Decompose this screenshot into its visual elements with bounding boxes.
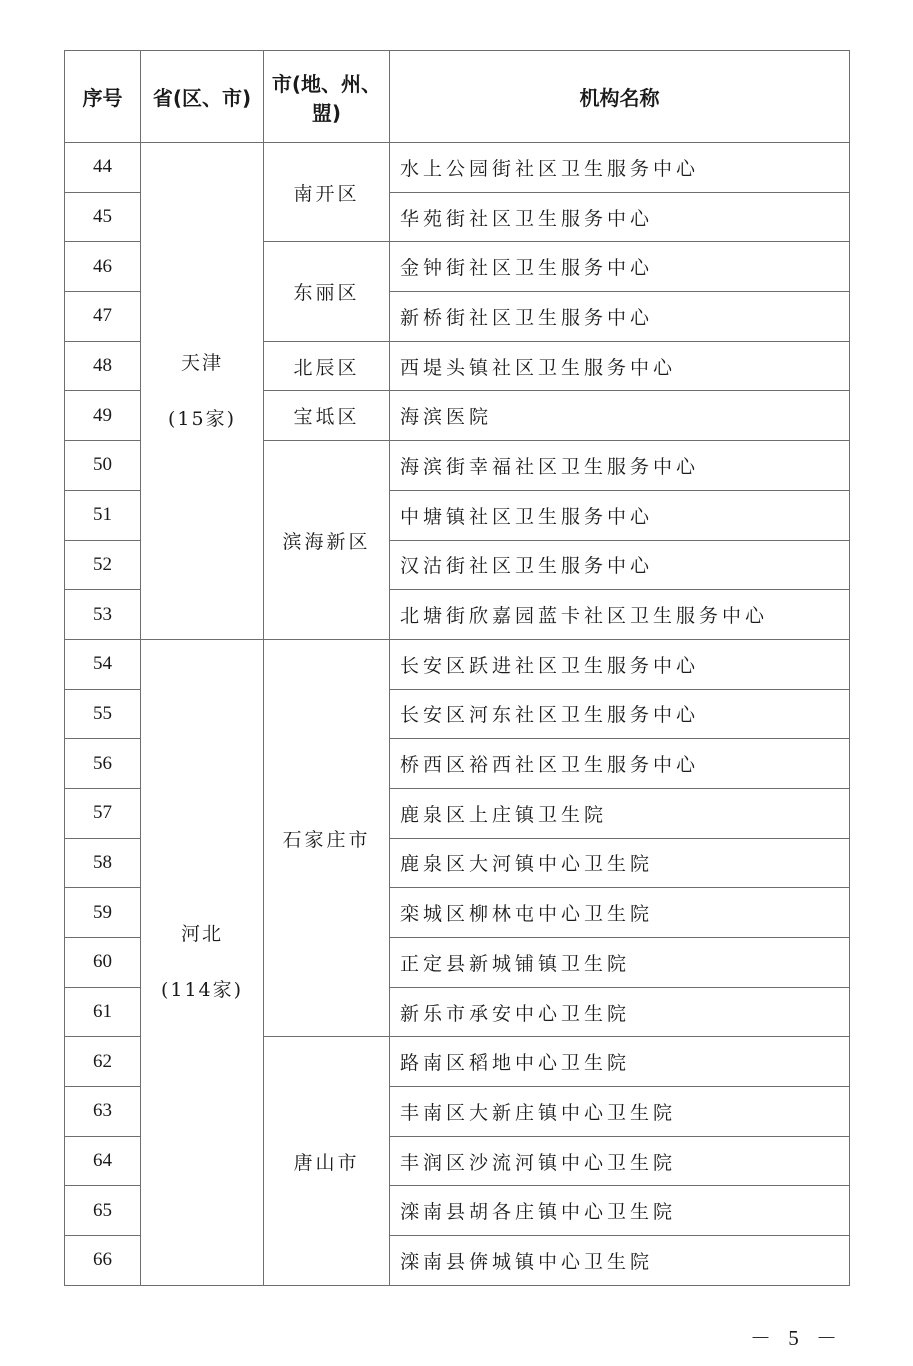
institution-name: 丰南区大新庄镇中心卫生院 (390, 1087, 850, 1137)
institution-name: 长安区跃进社区卫生服务中心 (390, 639, 850, 689)
institution-name: 华苑街社区卫生服务中心 (390, 192, 850, 242)
row-number: 54 (65, 639, 141, 689)
row-number: 66 (65, 1236, 141, 1286)
province-name: 天津 (141, 335, 263, 391)
row-number: 65 (65, 1186, 141, 1236)
province-cell: 天津 (15家) (141, 143, 264, 640)
row-number: 57 (65, 788, 141, 838)
page-number: － 5 － (750, 1322, 843, 1352)
institution-name: 滦南县胡各庄镇中心卫生院 (390, 1186, 850, 1236)
institution-name: 正定县新城铺镇卫生院 (390, 938, 850, 988)
row-number: 61 (65, 987, 141, 1037)
row-number: 49 (65, 391, 141, 441)
city-cell: 南开区 (264, 143, 390, 242)
table-row: 54 河北 (114家) 石家庄市 长安区跃进社区卫生服务中心 (65, 639, 850, 689)
city-cell: 北辰区 (264, 341, 390, 391)
institution-name: 海滨街幸福社区卫生服务中心 (390, 441, 850, 491)
province-count: (114家) (141, 962, 263, 1018)
institution-name: 鹿泉区上庄镇卫生院 (390, 788, 850, 838)
city-cell: 唐山市 (264, 1037, 390, 1285)
table-header-row: 序号 省(区、市) 市(地、州、盟) 机构名称 (65, 51, 850, 143)
institution-name: 汉沽街社区卫生服务中心 (390, 540, 850, 590)
institution-name: 水上公园街社区卫生服务中心 (390, 143, 850, 193)
province-name: 河北 (141, 906, 263, 962)
row-number: 47 (65, 292, 141, 342)
institution-name: 鹿泉区大河镇中心卫生院 (390, 838, 850, 888)
row-number: 62 (65, 1037, 141, 1087)
row-number: 53 (65, 590, 141, 640)
row-number: 55 (65, 689, 141, 739)
row-number: 45 (65, 192, 141, 242)
city-cell: 滨海新区 (264, 441, 390, 640)
row-number: 58 (65, 838, 141, 888)
row-number: 64 (65, 1136, 141, 1186)
header-no: 序号 (65, 51, 141, 143)
city-cell: 东丽区 (264, 242, 390, 341)
institution-name: 滦南县倴城镇中心卫生院 (390, 1236, 850, 1286)
row-number: 50 (65, 441, 141, 491)
header-city: 市(地、州、盟) (264, 51, 390, 143)
province-cell: 河北 (114家) (141, 639, 264, 1285)
row-number: 48 (65, 341, 141, 391)
institution-name: 丰润区沙流河镇中心卫生院 (390, 1136, 850, 1186)
province-count: (15家) (141, 391, 263, 447)
row-number: 60 (65, 938, 141, 988)
institution-name: 海滨医院 (390, 391, 850, 441)
row-number: 52 (65, 540, 141, 590)
institution-name: 桥西区裕西社区卫生服务中心 (390, 739, 850, 789)
row-number: 59 (65, 888, 141, 938)
institution-name: 西堤头镇社区卫生服务中心 (390, 341, 850, 391)
institution-name: 新桥街社区卫生服务中心 (390, 292, 850, 342)
institution-name: 栾城区柳林屯中心卫生院 (390, 888, 850, 938)
institution-name: 新乐市承安中心卫生院 (390, 987, 850, 1037)
institution-name: 金钟街社区卫生服务中心 (390, 242, 850, 292)
city-cell: 宝坻区 (264, 391, 390, 441)
header-institution: 机构名称 (390, 51, 850, 143)
header-province: 省(区、市) (141, 51, 264, 143)
institution-name: 北塘街欣嘉园蓝卡社区卫生服务中心 (390, 590, 850, 640)
institution-name: 长安区河东社区卫生服务中心 (390, 689, 850, 739)
institution-name: 中塘镇社区卫生服务中心 (390, 490, 850, 540)
row-number: 51 (65, 490, 141, 540)
row-number: 44 (65, 143, 141, 193)
institution-name: 路南区稻地中心卫生院 (390, 1037, 850, 1087)
city-cell: 石家庄市 (264, 639, 390, 1037)
row-number: 46 (65, 242, 141, 292)
row-number: 63 (65, 1087, 141, 1137)
table-row: 44 天津 (15家) 南开区 水上公园街社区卫生服务中心 (65, 143, 850, 193)
row-number: 56 (65, 739, 141, 789)
institution-table: 序号 省(区、市) 市(地、州、盟) 机构名称 44 天津 (15家) 南开区 … (64, 50, 850, 1286)
